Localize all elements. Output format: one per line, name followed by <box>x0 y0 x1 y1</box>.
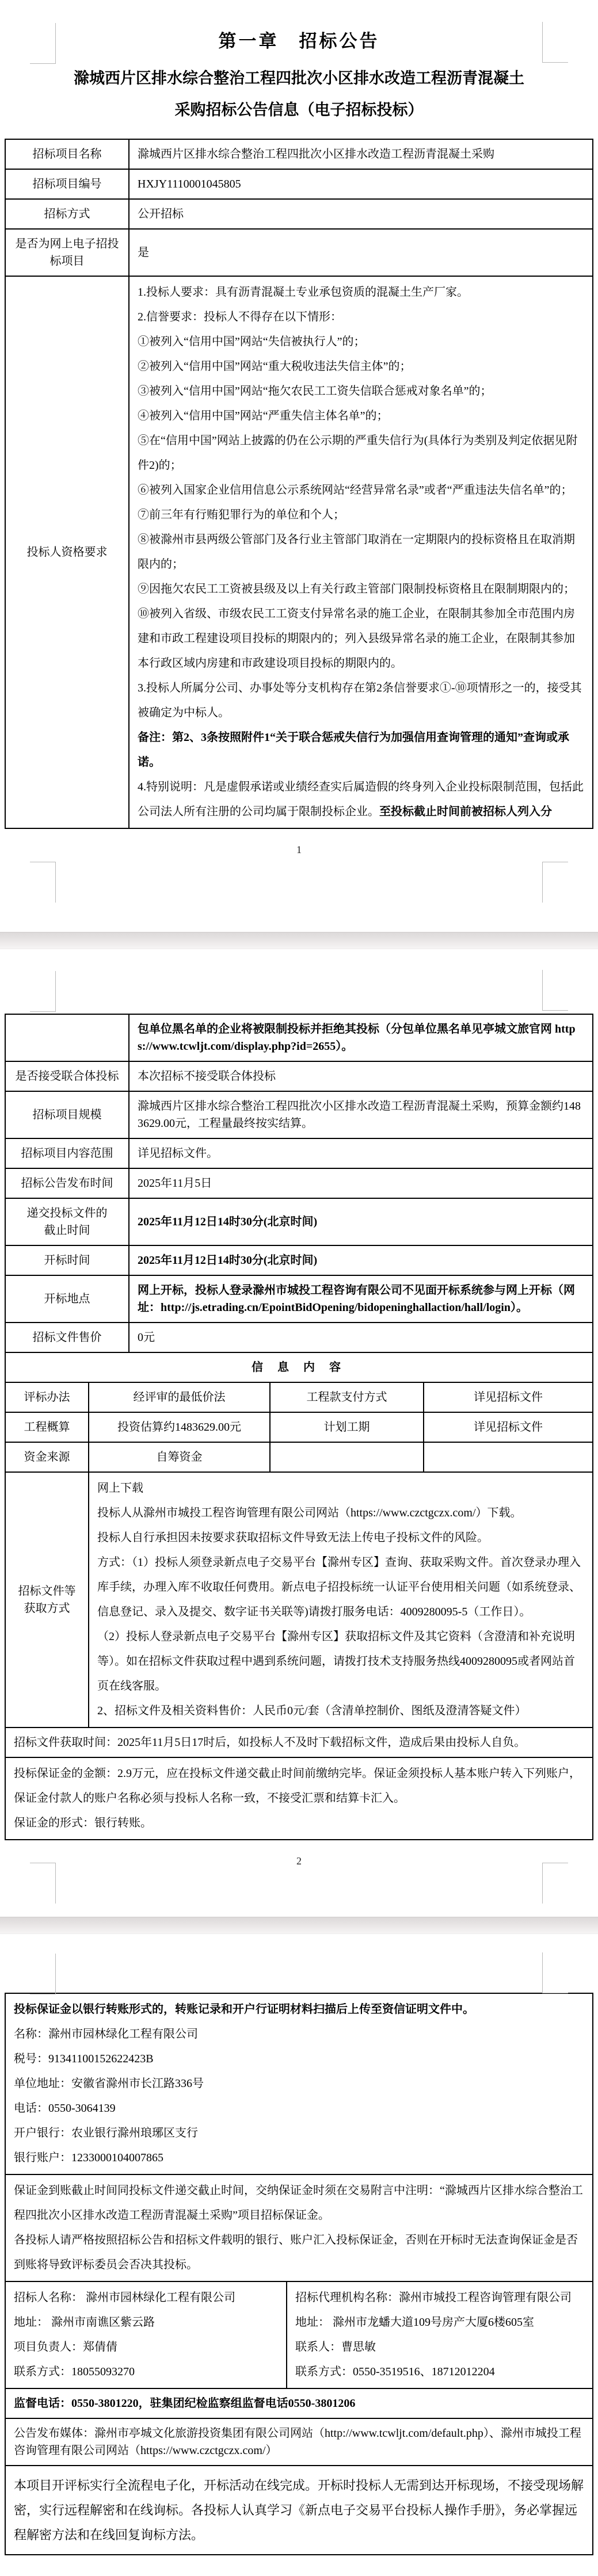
page-separator <box>0 1917 598 1934</box>
deposit-line: 保证金的形式：银行转账。 <box>14 1811 584 1836</box>
label-cell: 招标项目内容范围 <box>5 1138 129 1168</box>
tenderer-agency-row: 招标人名称： 滁州市园林绿化工程有限公司地址： 滁州市南谯区紫云路项目负责人：郑… <box>5 2281 593 2388</box>
crop-mark <box>30 1863 56 1904</box>
table-row: 是否接受联合体投标 本次招标不接受联合体投标 <box>5 1061 593 1091</box>
tenderer-line: 项目负责人：郑倩倩 <box>14 2335 278 2360</box>
qualification-line: 3.投标人所属分公司、办事处等分支机构存在第2条信誉要求①-⑩项情形之一的，接受… <box>138 676 584 725</box>
agency-cell: 招标代理机构名称：滁州市城投工程咨询管理有限公司地址： 滁州市龙蟠大道109号房… <box>287 2281 593 2388</box>
qualification-line: ⑧被滁州市县两级公管部门及各行业主管部门取消在一定期限内的投标资格且在取消期限内… <box>138 528 584 577</box>
info-row: 资金来源 自筹资金 <box>5 1442 593 1472</box>
tenderer-line: 联系方式：18055093270 <box>14 2360 278 2384</box>
document-page-2: 包单位黑名单的企业将被限制投标并拒绝其投标（分包单位黑名单见亭城文旅官网 htt… <box>0 949 598 1917</box>
label-cell: 招标项目编号 <box>5 169 129 199</box>
value-cell: 2025年11月5日 <box>129 1168 593 1198</box>
label-cell: 工程款支付方式 <box>270 1382 424 1412</box>
agency-line: 联系人：曹思敏 <box>295 2335 584 2360</box>
label-line: 是否为网上电子招投 <box>9 235 125 253</box>
info-row: 评标办法 经评审的最低价法 工程款支付方式 详见招标文件 <box>5 1382 593 1412</box>
tenderer-line: 招标人名称： 滁州市园林绿化工程有限公司 <box>14 2285 278 2310</box>
acquisition-line: 网上下载 <box>97 1476 584 1501</box>
label-cell: 是否接受联合体投标 <box>5 1061 129 1091</box>
label-line: 获取方式 <box>9 1600 85 1617</box>
page-separator <box>0 932 598 949</box>
crop-mark <box>542 1952 568 1993</box>
label-cell: 递交投标文件的截止时间 <box>5 1198 129 1245</box>
document-page-3: 投标保证金以银行转账形式的，转账记录和开户行证明材料扫描后上传至资信证明文件中。… <box>0 1934 598 2576</box>
value-cell: 0元 <box>129 1323 593 1352</box>
crop-mark <box>30 971 56 1012</box>
media-cell: 公告发布媒体：滁州市亭城文化旅游投资集团有限公司网站（http://www.tc… <box>5 2418 593 2466</box>
qualification-continuation-row: 包单位黑名单的企业将被限制投标并拒绝其投标（分包单位黑名单见亭城文旅官网 htt… <box>5 1014 593 1061</box>
label-line: 递交投标文件的 <box>9 1205 125 1222</box>
contacts-table: 投标保证金以银行转账形式的，转账记录和开户行证明材料扫描后上传至资信证明文件中。… <box>5 1993 593 2555</box>
e-bidding-note-text: 本项目开评标实行全流程电子化，开标活动在线完成。开标时投标人无需到达开标现场，不… <box>14 2473 584 2547</box>
account-line: 投标保证金以银行转账形式的，转账记录和开户行证明材料扫描后上传至资信证明文件中。 <box>14 1997 584 2022</box>
crop-mark <box>542 970 568 1011</box>
label-cell: 招标文件售价 <box>5 1323 129 1352</box>
label-cell: 招标项目名称 <box>5 139 129 169</box>
acquisition-line: 投标人自行承担因未按要求获取招标文件导致无法上传电子投标文件的风险。 <box>97 1526 584 1550</box>
qualification-line: ⑩被列入省级、市级农民工工资支付异常名录的施工企业，在限制其参加全市范围内房建和… <box>138 602 584 676</box>
label-cell: 招标项目规模 <box>5 1091 129 1138</box>
label-cell: 评标办法 <box>5 1382 89 1412</box>
table-row: 招标项目规模 滁城西片区排水综合整治工程四批次小区排水改造工程沥青混凝土采购，预… <box>5 1091 593 1138</box>
value-cell: HXJY1110001045805 <box>129 169 593 199</box>
table-row: 招标项目名称 滁城西片区排水综合整治工程四批次小区排水改造工程沥青混凝土采购 <box>5 139 593 169</box>
deposit-note-line: 保证金到账截止时间同投标文件递交截止时间，交纳保证金时须在交易附言中注明：“滁城… <box>14 2178 584 2228</box>
value-cell: 详见招标文件。 <box>129 1138 593 1168</box>
supervision-row: 监督电话：0550-3801220，驻集团纪检监察组监督电话0550-38012… <box>5 2388 593 2418</box>
deposit-cell: 投标保证金的金额：2.9万元，应在投标文件递交截止时间前缴纳完毕。保证金须投标人… <box>5 1757 593 1840</box>
table-row: 招标项目编号 HXJY1110001045805 <box>5 169 593 199</box>
value-cell: 投资估算约1483629.00元 <box>89 1412 270 1442</box>
value-cell: 2025年11月12日14时30分(北京时间) <box>129 1198 593 1245</box>
account-line: 单位地址：安徽省滁州市长江路336号 <box>14 2071 584 2096</box>
deposit-line: 投标保证金的金额：2.9万元，应在投标文件递交截止时间前缴纳完毕。保证金须投标人… <box>14 1761 584 1811</box>
qualification-line: ①被列入“信用中国”网站“失信被执行人”的； <box>138 330 584 354</box>
value-cell: 详见招标文件 <box>424 1382 593 1412</box>
label-line: 标项目 <box>9 253 125 270</box>
acquisition-cell: 网上下载投标人从滁州市城投工程咨询管理有限公司网站（https://www.cz… <box>89 1472 593 1727</box>
account-line: 税号：91341100152622423B <box>14 2047 584 2071</box>
crop-mark <box>542 862 568 903</box>
qualification-line: ⑦前三年有行贿犯罪行为的单位和个人； <box>138 503 584 528</box>
qualification-line: 1.投标人要求：具有沥青混凝土专业承包资质的混凝土生产厂家。 <box>138 280 584 305</box>
qualification-line-segment: 至投标截止时间前被招标人列入分 <box>379 805 552 818</box>
qualification-line: ⑥被列入国家企业信用信息公示系统网站“经营异常名录”或者“严重违法失信名单”的； <box>138 478 584 503</box>
crop-mark <box>30 1954 56 1994</box>
deposit-note-row: 保证金到账截止时间同投标文件递交截止时间，交纳保证金时须在交易附言中注明：“滁城… <box>5 2174 593 2281</box>
qualification-row: 投标人资格要求 1.投标人要求：具有沥青混凝土专业承包资质的混凝土生产厂家。2.… <box>5 276 593 828</box>
table-row: 是否为网上电子招投标项目 是 <box>5 229 593 276</box>
account-line: 银行账户：1233000104007865 <box>14 2146 584 2170</box>
value-cell: 包单位黑名单的企业将被限制投标并拒绝其投标（分包单位黑名单见亭城文旅官网 htt… <box>129 1014 593 1061</box>
qualification-line: ⑨因拖欠农民工工资被县级及以上有关行政主管部门限制投标资格且在限制期限内的； <box>138 577 584 602</box>
deposit-note-line: 各投标人请严格按照招标公告和招标文件载明的银行、账户汇入投标保证金，否则在开标时… <box>14 2228 584 2277</box>
crop-mark <box>542 1863 568 1904</box>
supervision-cell: 监督电话：0550-3801220，驻集团纪检监察组监督电话0550-38012… <box>5 2388 593 2418</box>
label-cell: 工程概算 <box>5 1412 89 1442</box>
value-cell: 本次招标不接受联合体投标 <box>129 1061 593 1091</box>
value-cell: 网上开标，投标人登录滁州市城投工程咨询有限公司不见面开标系统参与网上开标（网址：… <box>129 1275 593 1323</box>
label-cell <box>270 1442 424 1472</box>
qualification-line: ④被列入“信用中国”网站“严重失信主体名单”的； <box>138 404 584 429</box>
deadline-row: 递交投标文件的截止时间 2025年11月12日14时30分(北京时间) <box>5 1198 593 1245</box>
qualification-line: 2.信誉要求：投标人不得存在以下情形： <box>138 305 584 330</box>
acquire-time-row: 招标文件获取时间：2025年11月5日17时后，如投标人不及时下载招标文件，造成… <box>5 1727 593 1757</box>
chapter-title: 第一章 招标公告 <box>0 26 598 52</box>
label-line: 截止时间 <box>9 1222 125 1239</box>
label-cell: 招标文件等获取方式 <box>5 1472 89 1727</box>
document-page-1: 第一章 招标公告 滁城西片区排水综合整治工程四批次小区排水改造工程沥青混凝土采购… <box>0 0 598 932</box>
tenderer-line: 地址： 滁州市南谯区紫云路 <box>14 2310 278 2335</box>
deposit-row: 投标保证金的金额：2.9万元，应在投标文件递交截止时间前缴纳完毕。保证金须投标人… <box>5 1757 593 1840</box>
label-cell: 开标时间 <box>5 1245 129 1275</box>
media-row: 公告发布媒体：滁州市亭城文化旅游投资集团有限公司网站（http://www.tc… <box>5 2418 593 2466</box>
value-cell: 自筹资金 <box>89 1442 270 1472</box>
qualification-line: ②被列入“信用中国”网站“重大税收违法失信主体”的； <box>138 354 584 379</box>
account-line: 电话：0550-3064139 <box>14 2096 584 2121</box>
bid-info-table: 招标项目名称 滁城西片区排水综合整治工程四批次小区排水改造工程沥青混凝土采购 招… <box>5 139 593 829</box>
info-content-header: 信 息 内 容 <box>5 1352 593 1382</box>
account-line: 开户银行：农业银行滁州琅琊区支行 <box>14 2121 584 2146</box>
info-row: 工程概算 投资估算约1483629.00元 计划工期 详见招标文件 <box>5 1412 593 1442</box>
label-cell <box>5 1014 129 1061</box>
deposit-account-cell: 投标保证金以银行转账形式的，转账记录和开户行证明材料扫描后上传至资信证明文件中。… <box>5 1993 593 2174</box>
opening-time-row: 开标时间 2025年11月12日14时30分(北京时间) <box>5 1245 593 1275</box>
acquisition-line: 方式：（1）投标人须登录新点电子交易平台【滁州专区】查询、获取采购文件。首次登录… <box>97 1550 584 1625</box>
label-cell: 资金来源 <box>5 1442 89 1472</box>
label-cell: 招标公告发布时间 <box>5 1168 129 1198</box>
tenderer-cell: 招标人名称： 滁州市园林绿化工程有限公司地址： 滁州市南谯区紫云路项目负责人：郑… <box>5 2281 287 2388</box>
value-cell: 公开招标 <box>129 199 593 229</box>
label-cell: 计划工期 <box>270 1412 424 1442</box>
value-cell: 滁城西片区排水综合整治工程四批次小区排水改造工程沥青混凝土采购 <box>129 139 593 169</box>
acquisition-line: （2）投标人登录新点电子交易平台【滁州专区】获取招标文件及其它资料（含澄清和补充… <box>97 1625 584 1699</box>
e-bidding-note-row: 本项目开评标实行全流程电子化，开标活动在线完成。开标时投标人无需到达开标现场，不… <box>5 2466 593 2555</box>
value-cell <box>424 1442 593 1472</box>
deposit-account-row: 投标保证金以银行转账形式的，转账记录和开户行证明材料扫描后上传至资信证明文件中。… <box>5 1993 593 2174</box>
value-cell: 滁城西片区排水综合整治工程四批次小区排水改造工程沥青混凝土采购，预算金额约148… <box>129 1091 593 1138</box>
acquisition-line: 投标人从滁州市城投工程咨询管理有限公司网站（https://www.czctgc… <box>97 1501 584 1526</box>
acquisition-line: 2、招标文件及相关资料售价：人民币0元/套（含清单控制价、图纸及澄清答疑文件） <box>97 1699 584 1723</box>
label-cell: 招标方式 <box>5 199 129 229</box>
label-line: 招标文件等 <box>9 1583 85 1600</box>
page-number: 2 <box>0 1855 598 1867</box>
agency-line: 招标代理机构名称：滁州市城投工程咨询管理有限公司 <box>295 2285 584 2310</box>
account-line: 名称：滁州市园林绿化工程有限公司 <box>14 2022 584 2047</box>
crop-mark <box>30 862 56 903</box>
acquire-time-cell: 招标文件获取时间：2025年11月5日17时后，如投标人不及时下载招标文件，造成… <box>5 1727 593 1757</box>
qualification-cell: 1.投标人要求：具有沥青混凝土专业承包资质的混凝土生产厂家。2.信誉要求：投标人… <box>129 276 593 828</box>
e-bidding-note-cell: 本项目开评标实行全流程电子化，开标活动在线完成。开标时投标人无需到达开标现场，不… <box>5 2466 593 2555</box>
agency-line: 地址： 滁州市龙蟠大道109号房产大厦6楼605室 <box>295 2310 584 2335</box>
page-number: 1 <box>0 844 598 856</box>
value-cell: 经评审的最低价法 <box>89 1382 270 1412</box>
label-cell: 投标人资格要求 <box>5 276 129 828</box>
acquisition-row: 招标文件等获取方式 网上下载投标人从滁州市城投工程咨询管理有限公司网站（http… <box>5 1472 593 1727</box>
info-content-header-row: 信 息 内 容 <box>5 1352 593 1382</box>
table-row: 招标方式 公开招标 <box>5 199 593 229</box>
deposit-note-cell: 保证金到账截止时间同投标文件递交截止时间，交纳保证金时须在交易附言中注明：“滁城… <box>5 2174 593 2281</box>
qualification-line: 4.特别说明：凡是虚假承诺或业绩经查实后属造假的终身列入企业投标限制范围，包括此… <box>138 775 584 824</box>
qualification-line: 备注：第2、3条按照附件1“关于联合惩戒失信行为加强信用查询管理的通知”查询或承… <box>138 725 584 775</box>
agency-line: 联系方式：0550-3519516、18712012204 <box>295 2360 584 2384</box>
opening-place-row: 开标地点 网上开标，投标人登录滁州市城投工程咨询有限公司不见面开标系统参与网上开… <box>5 1275 593 1323</box>
doc-price-row: 招标文件售价 0元 <box>5 1323 593 1352</box>
value-cell: 是 <box>129 229 593 276</box>
table-row: 招标项目内容范围 详见招标文件。 <box>5 1138 593 1168</box>
doc-subtitle: 滁城西片区排水综合整治工程四批次小区排水改造工程沥青混凝土采购招标公告信息（电子… <box>69 63 530 126</box>
label-cell: 是否为网上电子招投标项目 <box>5 229 129 276</box>
qualification-line: ③被列入“信用中国”网站“拖欠农民工工资失信联合惩戒对象名单”的； <box>138 379 584 404</box>
bid-info-table-continued: 包单位黑名单的企业将被限制投标并拒绝其投标（分包单位黑名单见亭城文旅官网 htt… <box>5 1014 593 1353</box>
acquisition-table: 招标文件等获取方式 网上下载投标人从滁州市城投工程咨询管理有限公司网站（http… <box>5 1472 593 1840</box>
info-content-table: 信 息 内 容 评标办法 经评审的最低价法 工程款支付方式 详见招标文件 工程概… <box>5 1352 593 1473</box>
value-cell: 2025年11月12日14时30分(北京时间) <box>129 1245 593 1275</box>
label-cell: 开标地点 <box>5 1275 129 1323</box>
qualification-line: ⑤在“信用中国”网站上披露的仍在公示期的严重失信行为(具体行为类别及判定依据见附… <box>138 429 584 478</box>
table-row: 招标公告发布时间 2025年11月5日 <box>5 1168 593 1198</box>
value-cell: 详见招标文件 <box>424 1412 593 1442</box>
